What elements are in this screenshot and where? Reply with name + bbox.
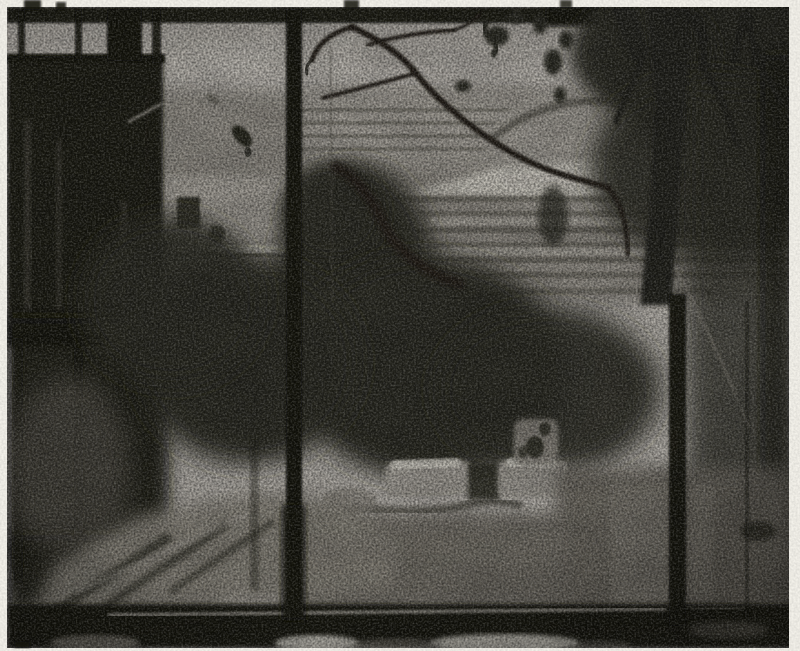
border-ink-speck — [14, 641, 30, 648]
photo-canvas — [0, 0, 800, 651]
halftone-hatch — [7, 7, 789, 648]
photo-border-left — [0, 0, 7, 651]
border-ink-speck — [560, 0, 572, 8]
border-ink-speck — [344, 0, 359, 9]
border-ink-speck — [56, 2, 66, 10]
photo-border-right — [789, 0, 800, 651]
photo-border-top — [0, 0, 800, 7]
photo-stage — [0, 0, 800, 651]
border-ink-speck — [24, 0, 41, 10]
